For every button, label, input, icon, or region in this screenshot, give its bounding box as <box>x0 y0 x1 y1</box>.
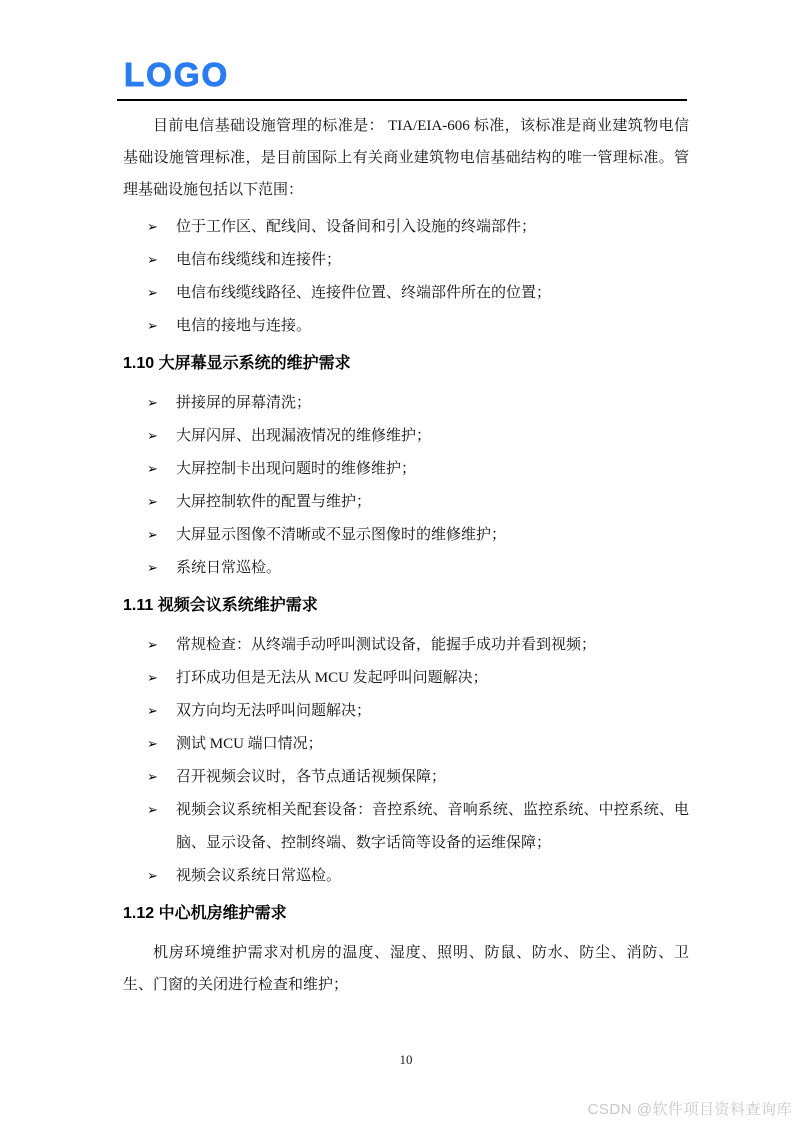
list-item-text: 视频会议系统相关配套设备：音控系统、音响系统、监控系统、中控系统、电脑、显示设备… <box>176 802 689 851</box>
watermark-text: CSDN @软件项目资料查询库 <box>588 1098 792 1119</box>
arrow-bullet-icon: ➢ <box>147 453 158 486</box>
arrow-bullet-icon: ➢ <box>147 277 158 310</box>
company-logo: LOGO <box>124 56 229 94</box>
arrow-bullet-icon: ➢ <box>147 860 158 893</box>
section-1-10-bullet-list: ➢拼接屏的屏幕清洗； ➢大屏闪屏、出现漏液情况的维修维护； ➢大屏控制卡出现问题… <box>123 387 689 585</box>
list-item: ➢测试 MCU 端口情况； <box>123 728 689 761</box>
section-heading-1-12: 1.12 中心机房维护需求 <box>123 903 689 925</box>
page-number: 10 <box>123 1052 689 1068</box>
list-item: ➢电信的接地与连接。 <box>123 310 689 343</box>
header-divider-line <box>117 99 687 101</box>
list-item: ➢大屏显示图像不清晰或不显示图像时的维修维护； <box>123 519 689 552</box>
arrow-bullet-icon: ➢ <box>147 486 158 519</box>
arrow-bullet-icon: ➢ <box>147 211 158 244</box>
list-item-text: 电信布线缆线路径、连接件位置、终端部件所在的位置； <box>176 285 551 301</box>
section-1-11-bullet-list: ➢常规检查：从终端手动呼叫测试设备，能握手成功并看到视频； ➢打环成功但是无法从… <box>123 629 689 893</box>
list-item: ➢常规检查：从终端手动呼叫测试设备，能握手成功并看到视频； <box>123 629 689 662</box>
section-1-12-paragraph: 机房环境维护需求对机房的温度、湿度、照明、防鼠、防水、防尘、消防、卫生、门窗的关… <box>123 937 689 1001</box>
list-item-text: 召开视频会议时，各节点通话视频保障； <box>176 769 446 785</box>
list-item: ➢电信布线缆线路径、连接件位置、终端部件所在的位置； <box>123 277 689 310</box>
list-item-text: 拼接屏的屏幕清洗； <box>176 395 311 411</box>
list-item: ➢系统日常巡检。 <box>123 552 689 585</box>
list-item-text: 常规检查：从终端手动呼叫测试设备，能握手成功并看到视频； <box>176 637 596 653</box>
list-item-text: 大屏显示图像不清晰或不显示图像时的维修维护； <box>176 527 506 543</box>
section-heading-1-10: 1.10 大屏幕显示系统的维护需求 <box>123 353 689 375</box>
arrow-bullet-icon: ➢ <box>147 629 158 662</box>
arrow-bullet-icon: ➢ <box>147 552 158 585</box>
list-item: ➢召开视频会议时，各节点通话视频保障； <box>123 761 689 794</box>
arrow-bullet-icon: ➢ <box>147 695 158 728</box>
list-item-text: 大屏闪屏、出现漏液情况的维修维护； <box>176 428 431 444</box>
list-item: ➢大屏控制软件的配置与维护； <box>123 486 689 519</box>
intro-paragraph: 目前电信基础设施管理的标准是： TIA/EIA-606 标准，该标准是商业建筑物… <box>123 110 689 206</box>
arrow-bullet-icon: ➢ <box>147 387 158 420</box>
arrow-bullet-icon: ➢ <box>147 519 158 552</box>
list-item: ➢双方向均无法呼叫问题解决； <box>123 695 689 728</box>
list-item-text: 测试 MCU 端口情况； <box>176 736 323 752</box>
arrow-bullet-icon: ➢ <box>147 310 158 343</box>
list-item-text: 视频会议系统日常巡检。 <box>176 868 341 884</box>
document-page: LOGO 目前电信基础设施管理的标准是： TIA/EIA-606 标准，该标准是… <box>0 0 800 1132</box>
list-item-text: 电信布线缆线和连接件； <box>176 252 341 268</box>
list-item-text: 大屏控制软件的配置与维护； <box>176 494 371 510</box>
list-item: ➢大屏控制卡出现问题时的维修维护； <box>123 453 689 486</box>
arrow-bullet-icon: ➢ <box>147 244 158 277</box>
arrow-bullet-icon: ➢ <box>147 794 158 827</box>
list-item-text: 双方向均无法呼叫问题解决； <box>176 703 371 719</box>
intro-bullet-list: ➢位于工作区、配线间、设备间和引入设施的终端部件； ➢电信布线缆线和连接件； ➢… <box>123 211 689 343</box>
arrow-bullet-icon: ➢ <box>147 761 158 794</box>
list-item: ➢视频会议系统日常巡检。 <box>123 860 689 893</box>
list-item-text: 电信的接地与连接。 <box>176 318 311 334</box>
arrow-bullet-icon: ➢ <box>147 728 158 761</box>
arrow-bullet-icon: ➢ <box>147 420 158 453</box>
list-item-text: 打环成功但是无法从 MCU 发起呼叫问题解决； <box>176 670 488 686</box>
list-item: ➢大屏闪屏、出现漏液情况的维修维护； <box>123 420 689 453</box>
arrow-bullet-icon: ➢ <box>147 662 158 695</box>
list-item: ➢电信布线缆线和连接件； <box>123 244 689 277</box>
page-content: 目前电信基础设施管理的标准是： TIA/EIA-606 标准，该标准是商业建筑物… <box>123 110 689 1001</box>
list-item: ➢打环成功但是无法从 MCU 发起呼叫问题解决； <box>123 662 689 695</box>
list-item: ➢拼接屏的屏幕清洗； <box>123 387 689 420</box>
section-heading-1-11: 1.11 视频会议系统维护需求 <box>123 595 689 617</box>
list-item-text: 系统日常巡检。 <box>176 560 281 576</box>
list-item: ➢视频会议系统相关配套设备：音控系统、音响系统、监控系统、中控系统、电脑、显示设… <box>123 794 689 860</box>
list-item-text: 位于工作区、配线间、设备间和引入设施的终端部件； <box>176 219 536 235</box>
list-item: ➢位于工作区、配线间、设备间和引入设施的终端部件； <box>123 211 689 244</box>
list-item-text: 大屏控制卡出现问题时的维修维护； <box>176 461 416 477</box>
